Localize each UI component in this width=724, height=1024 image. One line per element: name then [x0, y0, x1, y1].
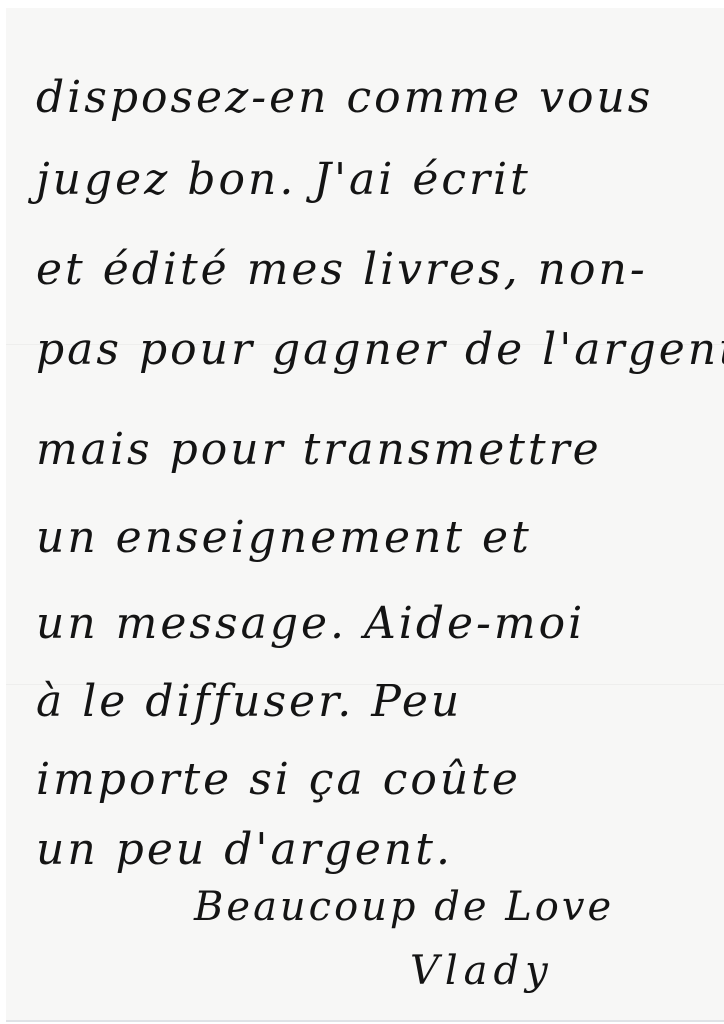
letter-closing: Beaucoup de Love [194, 884, 614, 930]
letter-line-2: jugez bon. J'ai écrit [36, 158, 531, 202]
letter-line-1: disposez-en comme vous [36, 76, 653, 120]
letter-line-5: mais pour transmettre [36, 428, 602, 472]
letter-line-4: pas pour gagner de l'argent, [36, 328, 724, 372]
handwritten-letter-page: disposez-en comme vous jugez bon. J'ai é… [6, 8, 724, 1022]
letter-line-9: importe si ça coûte [36, 758, 521, 802]
letter-line-8: à le diffuser. Peu [36, 680, 462, 724]
letter-line-3: et édité mes livres, non- [36, 248, 648, 292]
letter-line-6: un enseignement et [36, 516, 532, 560]
letter-signature: Vlady [410, 948, 554, 994]
letter-line-10: un peu d'argent. [36, 828, 453, 872]
letter-line-7: un message. Aide-moi [36, 602, 585, 646]
